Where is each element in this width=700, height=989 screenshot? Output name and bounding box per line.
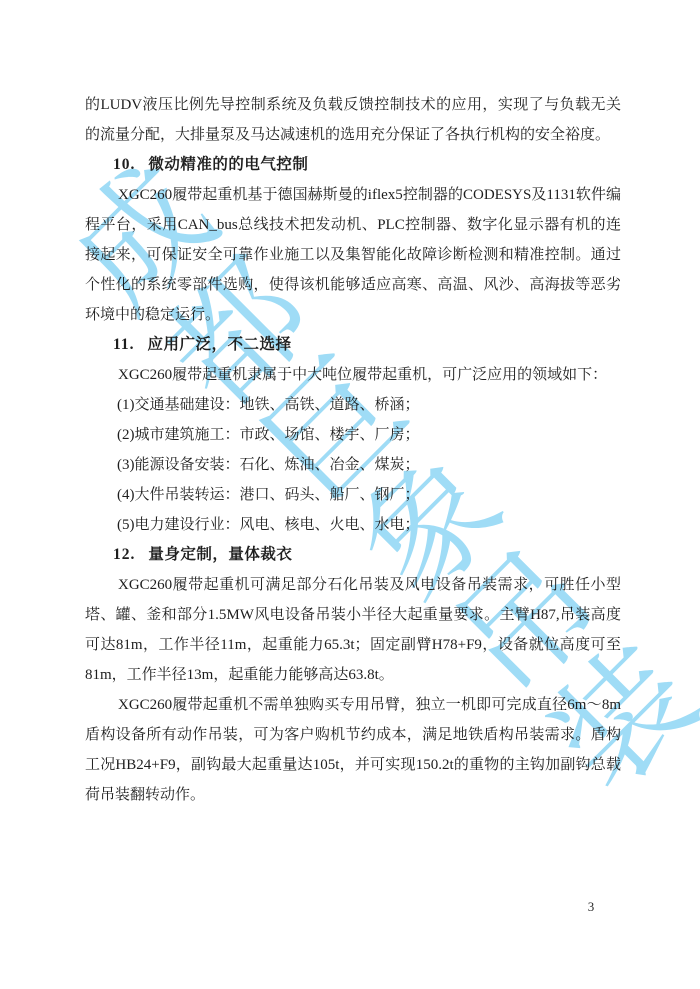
section-11-intro-paragraph: XGC260履带起重机隶属于中大吨位履带起重机，可广泛应用的领域如下： — [85, 360, 621, 390]
section-number: 12. — [113, 546, 135, 563]
section-title: 应用广泛，不二选择 — [148, 336, 292, 353]
section-title: 量身定制，量体裁衣 — [148, 546, 292, 563]
section-10-paragraph: XGC260履带起重机基于德国赫斯曼的iflex5控制器的CODESYS及113… — [85, 180, 621, 330]
list-item-5: (5)电力建设行业：风电、核电、火电、水电； — [85, 510, 621, 540]
page-number: 3 — [583, 898, 599, 916]
section-title: 微动精准的的电气控制 — [148, 156, 308, 173]
section-12-paragraph-2: XGC260履带起重机不需单独购买专用吊臂，独立一机即可完成直径6m～8m盾构设… — [85, 690, 621, 810]
section-number: 10. — [113, 156, 135, 173]
list-item-3: (3)能源设备安装：石化、炼油、冶金、煤炭； — [85, 450, 621, 480]
section-heading-11: 11.应用广泛，不二选择 — [85, 330, 621, 360]
list-item-4: (4)大件吊装转运：港口、码头、船厂、钢厂； — [85, 480, 621, 510]
document-page: 成都巨象吊装 的LUDV液压比例先导控制系统及负载反馈控制技术的应用，实现了与负… — [0, 0, 700, 989]
paragraph-continuation: 的LUDV液压比例先导控制系统及负载反馈控制技术的应用，实现了与负载无关的流量分… — [85, 90, 621, 150]
section-number: 11. — [113, 336, 135, 353]
list-item-2: (2)城市建筑施工：市政、场馆、楼宇、厂房； — [85, 420, 621, 450]
section-12-paragraph-1: XGC260履带起重机可满足部分石化吊装及风电设备吊装需求，可胜任小型塔、罐、釜… — [85, 570, 621, 690]
document-content: 的LUDV液压比例先导控制系统及负载反馈控制技术的应用，实现了与负载无关的流量分… — [85, 90, 621, 810]
section-heading-10: 10.微动精准的的电气控制 — [85, 150, 621, 180]
list-item-1: (1)交通基础建设：地铁、高铁、道路、桥涵； — [85, 390, 621, 420]
section-heading-12: 12.量身定制，量体裁衣 — [85, 540, 621, 570]
